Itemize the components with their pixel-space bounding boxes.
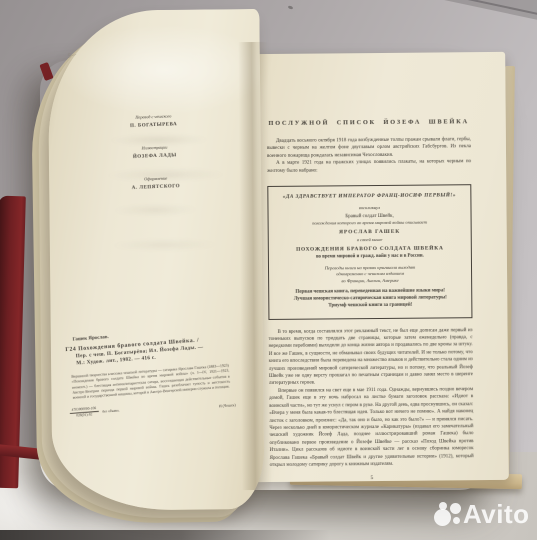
avito-logo-circle-icon [434,509,451,526]
poster-title: ПОХОЖДЕНИЯ БРАВОГО СОЛДАТА ШВЕЙКА [277,245,463,253]
table-edge-shadow [0,530,330,540]
poster-line: воскликнул [276,204,462,211]
avito-logo-circle-icon [439,502,447,510]
print-code-fraction: 4703000000-106 028(01)-82 [70,406,99,418]
avito-watermark: Avito [426,492,536,536]
poster-box: «ДА ЗДРАВСТВУЕТ ИМПЕРАТОР ФРАНЦ-ИОСИФ ПЕ… [267,184,472,319]
body-paragraph-2: Впервые он появился на свет еще в мае 19… [269,386,474,469]
print-code: 4703000000-106 028(01)-82 без объявл. [70,405,120,419]
right-page: ПОСЛУЖНОЙ СПИСОК ЙОЗЕФА ШВЕЙКА Двадцать … [249,52,509,482]
credit-designer: Оформление А. ЛЕПЯТСКОГО [50,172,262,195]
right-page-content: ПОСЛУЖНОЙ СПИСОК ЙОЗЕФА ШВЕЙКА Двадцать … [267,118,474,482]
avito-logo-circle-icon [453,517,460,524]
classification-code: И (Чешск) [219,403,236,408]
avito-watermark-text: Avito [463,499,530,530]
poster-line: во время мировой и гражд. войн у нас и в… [277,253,463,260]
bibliography-block: Гашек Ярослав. Г24 Похождения бравого со… [65,326,238,418]
print-code-note: без объявл. [102,408,119,413]
bibliography-footer: 4703000000-106 028(01)-82 без объявл. И … [70,396,238,418]
book-photo: ПОСЛУЖНОЙ СПИСОК ЙОЗЕФА ШВЕЙКА Двадцать … [0,0,537,540]
chapter-heading: ПОСЛУЖНОЙ СПИСОК ЙОЗЕФА ШВЕЙКА [267,118,471,127]
print-code-bottom: 028(01)-82 [70,412,99,419]
annotation-text: Вершиной творчества классика чешской лит… [71,363,230,401]
pencil-mark: 5— [67,52,76,60]
intro-paragraph-2: А в марте 1921 года на пражских улицах п… [267,158,471,175]
left-page: 5— Перевод с чешского П. БОГАТЫРЕВА Иллю… [47,9,264,511]
credits-block: Перевод с чешского П. БОГАТЫРЕВА Иллюстр… [47,110,262,211]
credit-illustrator: Иллюстрации ЙОЗЕФА ЛАДЫ [48,141,260,164]
left-page-content: 5— Перевод с чешского П. БОГАТЫРЕВА Иллю… [47,9,264,511]
poster-line: в своей книге [277,236,463,243]
poster-line: похождения которого во время мировой вой… [277,219,463,226]
poster-line: «ДА ЗДРАВСТВУЕТ ИМПЕРАТОР ФРАНЦ-ИОСИФ ПЕ… [276,192,462,200]
intro-paragraph-1: Двадцать восьмого октября 1918 года возб… [267,136,471,160]
poster-author: ЯРОСЛАВ ГАШЕК [277,228,463,236]
body-paragraph-1: В то время, когда составлялся этот рекла… [269,327,474,388]
credit-translator: Перевод с чешского П. БОГАТЫРЕВА [47,110,259,133]
avito-logo-circle-icon [450,503,461,514]
